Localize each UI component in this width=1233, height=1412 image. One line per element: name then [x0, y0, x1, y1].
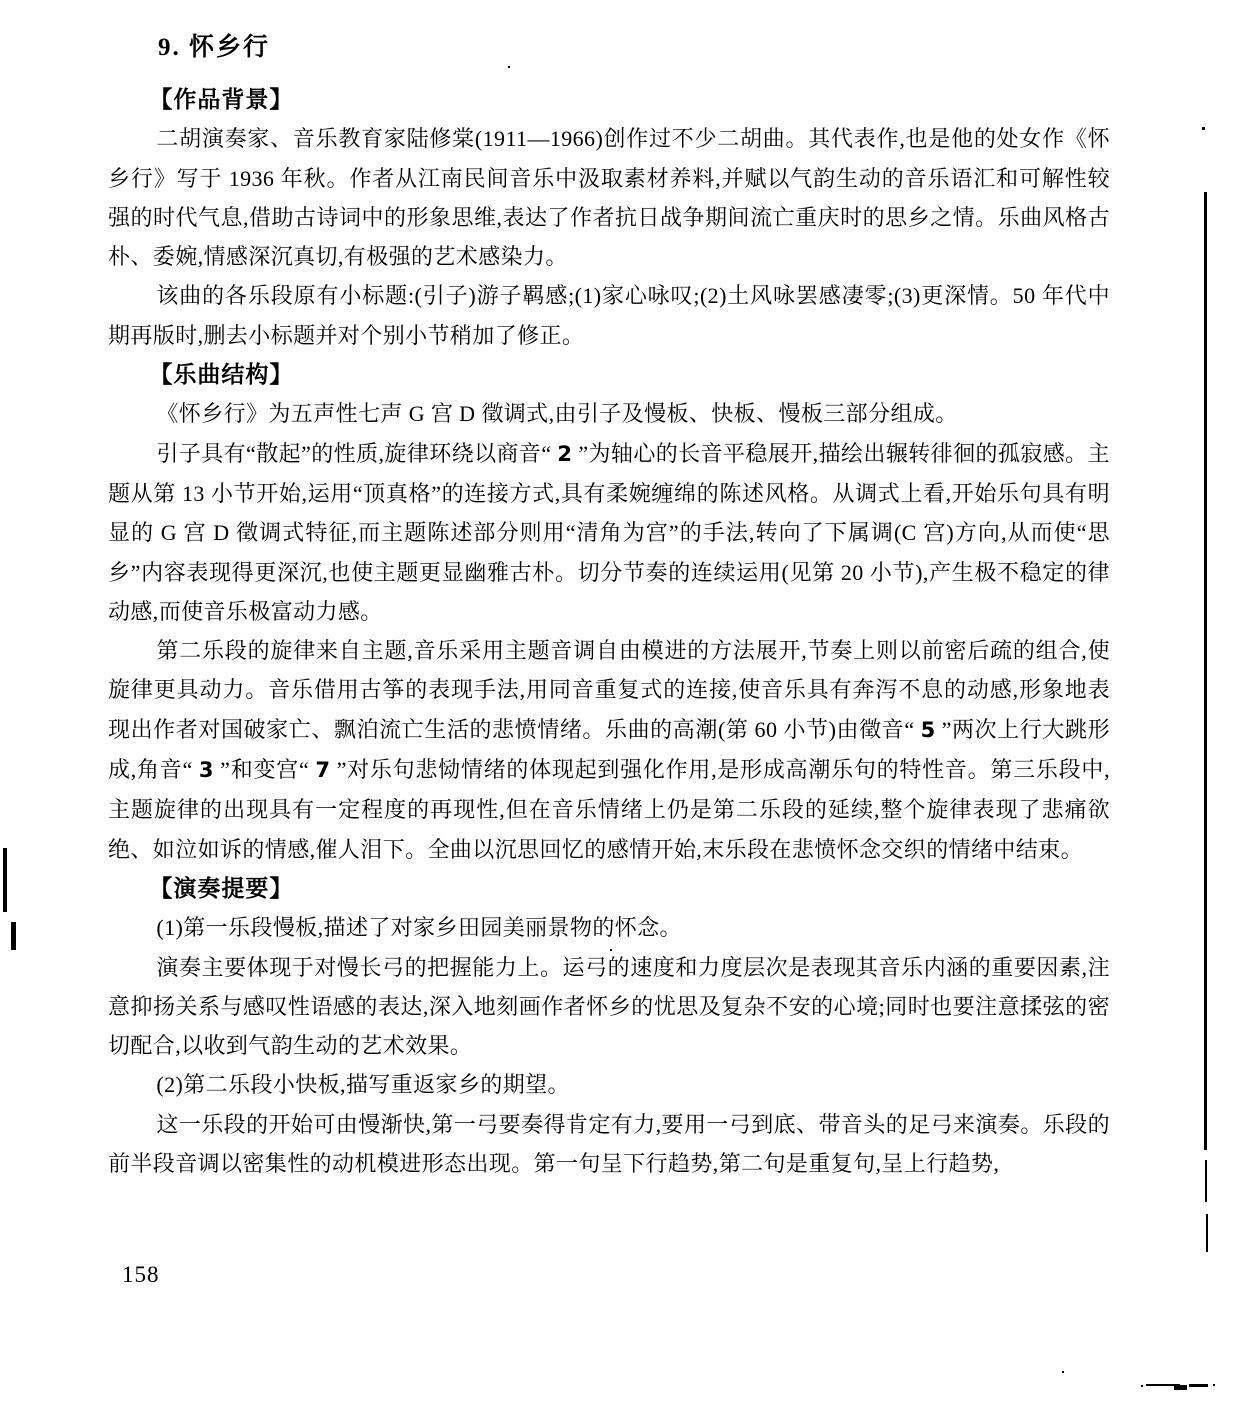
paragraph: 引子具有“散起”的性质,旋律环绕以商音“ 2 ”为轴心的长音平稳展开,描绘出辗转… [108, 434, 1110, 631]
paragraph: (2)第二乐段小快板,描写重返家乡的期望。 [108, 1065, 1110, 1104]
scan-artifact-speck [1202, 127, 1205, 130]
section-heading: 【演奏提要】 [108, 869, 1110, 908]
text-segment: ”为轴心的长音平稳展开,描绘出辗转徘徊的孤寂感。主题从第 13 小节开始,运用“… [108, 441, 1110, 624]
text-segment: 9. 怀乡行 [158, 34, 270, 61]
text-segment: 该曲的各乐段原有小标题:(引子)游子羁感;(1)家心咏叹;(2)土风咏罢感凄零;… [108, 283, 1110, 347]
music-note-number: 3 [199, 758, 214, 782]
text-segment: 演奏主要体现于对慢长弓的把握能力上。运弓的速度和力度层次是表现其音乐内涵的重要因… [108, 955, 1110, 1059]
paragraph: 二胡演奏家、音乐教育家陆修棠(1911—1966)创作过不少二胡曲。其代表作,也… [108, 119, 1110, 276]
scan-artifact-bottom-dash [1189, 1384, 1208, 1387]
text-segment: (1)第一乐段慢板,描述了对家乡田园美丽景物的怀念。 [156, 915, 682, 940]
scan-artifact-speck [508, 66, 510, 68]
scan-artifact-left-edge-bar [11, 922, 16, 950]
paragraph: 该曲的各乐段原有小标题:(引子)游子羁感;(1)家心咏叹;(2)土风咏罢感凄零;… [108, 276, 1110, 355]
scan-artifact-speck [1141, 1385, 1143, 1387]
music-note-number: 5 [921, 718, 936, 742]
text-segment: 引子具有“散起”的性质,旋律环绕以商音“ [156, 441, 557, 466]
text-segment: 【乐曲结构】 [149, 362, 293, 387]
music-note-number: 2 [557, 442, 572, 466]
scan-artifact-right-edge-dash [1205, 1160, 1207, 1202]
paragraph: 第二乐段的旋律来自主题,音乐采用主题音调自由模进的方法展开,节奏上则以前密后疏的… [108, 631, 1110, 869]
scan-artifact-right-edge-line [1204, 192, 1207, 1150]
document-body: 9. 怀乡行【作品背景】二胡演奏家、音乐教育家陆修棠(1911—1966)创作过… [108, 26, 1110, 1183]
scan-artifact-speck [1213, 1384, 1215, 1386]
scan-artifact-speck [610, 949, 612, 951]
paragraph: (1)第一乐段慢板,描述了对家乡田园美丽景物的怀念。 [108, 908, 1110, 947]
paragraph: 这一乐段的开始可由慢渐快,第一弓要奏得肯定有力,要用一弓到底、带音头的足弓来演奏… [108, 1105, 1110, 1184]
paragraph: 演奏主要体现于对慢长弓的把握能力上。运弓的速度和力度层次是表现其音乐内涵的重要因… [108, 948, 1110, 1066]
text-segment: 【演奏提要】 [149, 876, 293, 901]
scan-artifact-left-edge-bar [3, 848, 7, 912]
page-number: 158 [122, 1262, 160, 1288]
scan-artifact-bottom-blob [1174, 1385, 1187, 1390]
page-title: 9. 怀乡行 [108, 26, 1110, 70]
document-page: 9. 怀乡行【作品背景】二胡演奏家、音乐教育家陆修棠(1911—1966)创作过… [0, 0, 1233, 1412]
section-heading: 【乐曲结构】 [108, 355, 1110, 394]
text-segment: (2)第二乐段小快板,描写重返家乡的期望。 [156, 1072, 570, 1097]
scan-artifact-speck [1062, 1371, 1064, 1373]
text-segment: 《怀乡行》为五声性七声 G 宫 D 徵调式,由引子及慢板、快板、慢板三部分组成。 [156, 401, 957, 426]
text-segment: 【作品背景】 [149, 87, 293, 112]
text-segment: 这一乐段的开始可由慢渐快,第一弓要奏得肯定有力,要用一弓到底、带音头的足弓来演奏… [108, 1112, 1110, 1176]
music-note-number: 7 [315, 758, 330, 782]
text-segment: 二胡演奏家、音乐教育家陆修棠(1911—1966)创作过不少二胡曲。其代表作,也… [108, 126, 1110, 269]
text-segment: ”和变宫“ [214, 757, 315, 782]
section-heading: 【作品背景】 [108, 80, 1110, 119]
scan-artifact-right-edge-dash [1206, 1214, 1208, 1252]
paragraph: 《怀乡行》为五声性七声 G 宫 D 徵调式,由引子及慢板、快板、慢板三部分组成。 [108, 394, 1110, 433]
